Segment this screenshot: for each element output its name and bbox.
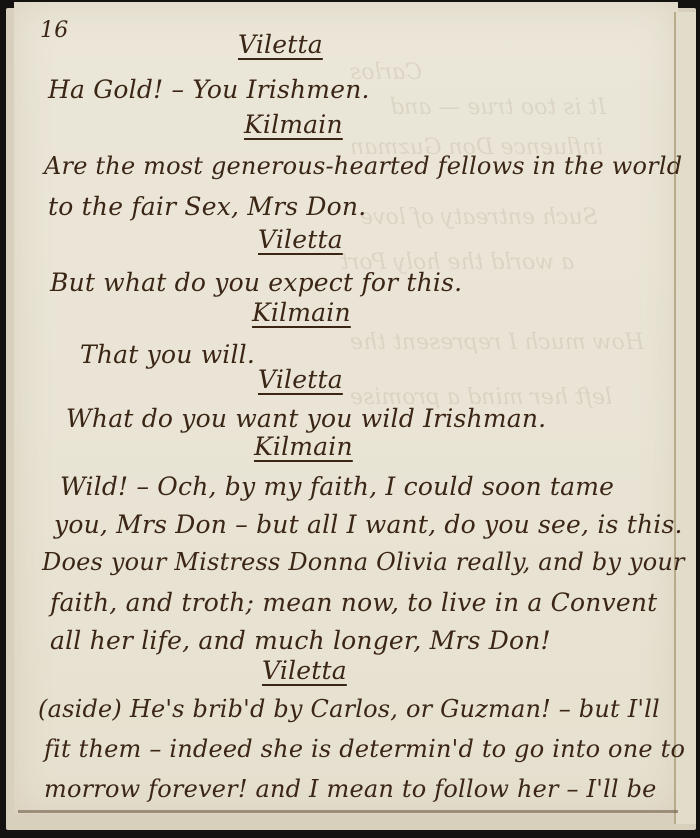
dialogue-line: But what do you expect for this. (50, 268, 462, 297)
speaker-name: Viletta (258, 225, 343, 254)
dialogue-line: morrow forever! and I mean to follow her… (44, 775, 657, 803)
dialogue-line: you, Mrs Don – but all I want, do you se… (54, 510, 683, 539)
dialogue-line: faith, and troth; mean now, to live in a… (50, 588, 657, 617)
speaker-name: Kilmain (252, 298, 351, 327)
dialogue-line: Ha Gold! – You Irishmen. (48, 75, 370, 104)
page-number: 16 (40, 18, 68, 43)
speaker-name: Kilmain (254, 432, 353, 461)
dialogue-line: fit them – indeed she is determin'd to g… (44, 735, 685, 763)
dialogue-line: Are the most generous-hearted fellows in… (44, 152, 682, 180)
speaker-name: Viletta (262, 656, 347, 685)
speaker-name: Kilmain (244, 110, 343, 139)
dialogue-line: all her life, and much longer, Mrs Don! (50, 626, 551, 655)
show-through-text: How much I represent the (350, 330, 644, 355)
speaker-name: Viletta (258, 365, 343, 394)
dialogue-line: Wild! – Och, by my faith, I could soon t… (60, 472, 614, 501)
show-through-text: It is too true — and (390, 95, 606, 120)
speaker-name: Viletta (238, 30, 323, 59)
show-through-text: Such entreaty of love (360, 205, 598, 230)
dialogue-line: What do you want you wild Irishman. (66, 404, 546, 433)
dialogue-line: to the fair Sex, Mrs Don. (48, 192, 366, 221)
dialogue-line: That you will. (80, 340, 255, 369)
dialogue-line: Does your Mistress Donna Olivia really, … (42, 548, 685, 576)
dialogue-line: (aside) He's brib'd by Carlos, or Guzman… (38, 695, 660, 723)
page-bottom-edge (18, 810, 678, 813)
facing-page-edge (676, 12, 696, 824)
